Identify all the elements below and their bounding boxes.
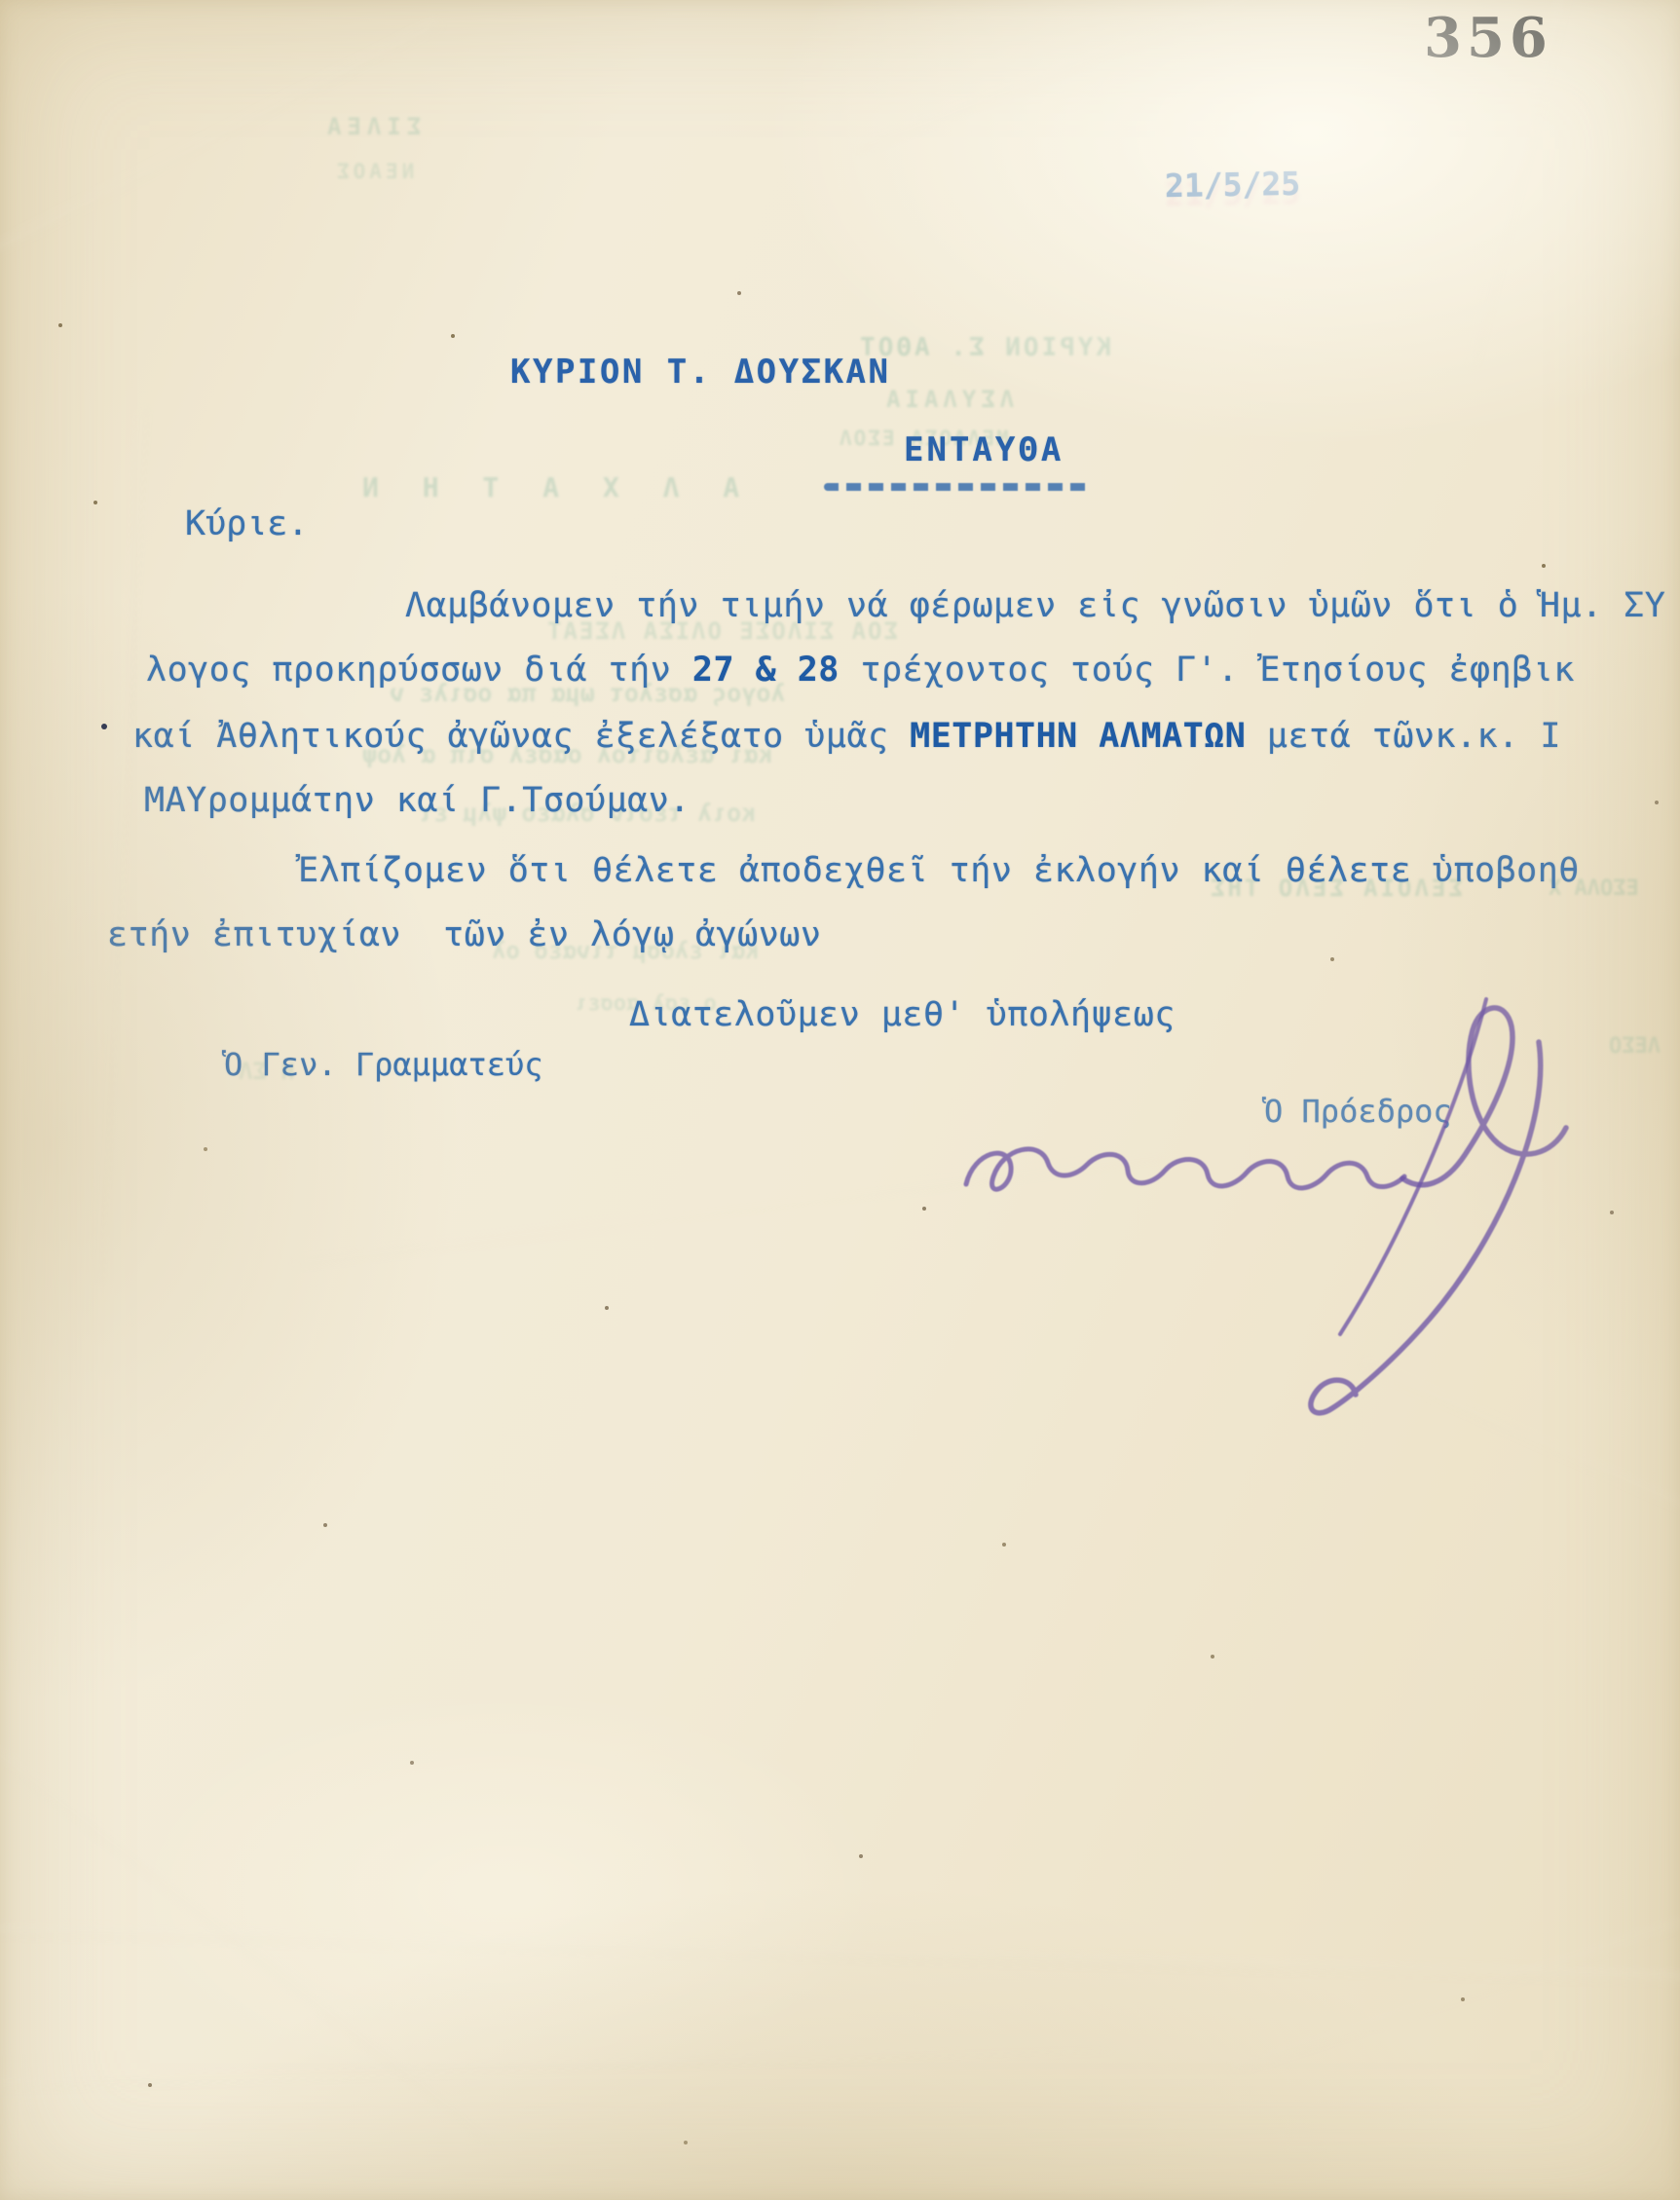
scanned-letter-page: ΣΙΛΕΑ ΝΕΑΟΣ ΚΥΡΙΟΝ Σ. ΑΘΟΤ ΛΣΥΛΑΙΑ ΜΕΛΛΟ… — [0, 0, 1680, 2200]
letter-date: 21/5/25 — [1165, 165, 1301, 205]
president-title: Ὁ Πρόεδρος — [1264, 1093, 1452, 1130]
paper-crease — [1364, 1361, 1680, 1563]
body-line-3: καί Ἀθλητικούς ἀγῶνας ἐξελέξατο ὑμᾶς ΜΕΤ… — [132, 717, 1561, 756]
location-underline — [824, 483, 1089, 491]
body-line-2: λογος προκηρύσσων διά τήν 27 & 28 τρέχον… — [146, 651, 1575, 690]
paper-specks — [0, 0, 4, 4]
body-line-3-text: καί Ἀθλητικούς ἀγῶνας ἐξελέξατο ὑμᾶς — [132, 717, 910, 756]
paper-crease — [857, 0, 1422, 151]
signature-stroke — [1311, 1008, 1566, 1413]
bleedthrough-text: ΣΙΛΕΑ — [321, 113, 421, 140]
bleedthrough-text: ΛΣΥΛΑΙΑ — [881, 386, 1014, 413]
body-line-2-text: λογος προκηρύσσων διά τήν — [146, 651, 692, 690]
competition-dates: 27 & 28 — [692, 651, 840, 690]
closing-line: Διατελοῦμεν μεθ' ὑπολήψεως — [629, 995, 1176, 1034]
president-signature — [915, 979, 1656, 1456]
addressee-line: ΚΥΡΙΟΝ Τ. ΔΟΥΣΚΑΝ — [510, 353, 891, 392]
body-line-4: ΜΑΥρομμάτην καί Γ.Τσούμαν. — [144, 781, 691, 820]
bleedthrough-text: Α Λ Χ Α Τ Η Ν — [349, 471, 739, 503]
paper-crease — [0, 2044, 1110, 2089]
body-line-5: Ἐλπίζομεν ὅτι θέλετε ἀποδεχθεῖ τήν ἐκλογ… — [298, 851, 1580, 890]
paper-crease — [93, 409, 145, 1285]
paper-crease — [1231, 1886, 1680, 2070]
body-line-1: Λαμβάνομεν τήν τιμήν νά φέρωμεν εἰς γνῶσ… — [405, 586, 1665, 625]
location-line: ΕΝΤΑΥΘΑ — [904, 430, 1064, 469]
paper-crease — [0, 22, 438, 274]
bleedthrough-text: ΝΕΑΟΣ — [333, 160, 414, 183]
secretary-title: Ὁ Γεν. Γραμματεύς — [224, 1046, 543, 1083]
salutation: Κύριε. — [185, 504, 308, 543]
body-line-6: ετήν ἐπιτυχίαν τῶν ἐν λόγῳ ἀγώνων — [107, 915, 821, 954]
paper-crease — [0, 1719, 494, 2142]
body-line-2-cont: τρέχοντος τούς Γ'. Ἐτησίους ἐφηβικ — [840, 651, 1575, 690]
bleedthrough-text: ΛΕΣΟ — [1609, 1034, 1661, 1059]
page-number: 356 — [1424, 6, 1552, 70]
appointed-role-caps: ΜΕΤΡΗΤΗΝ ΑΛΜΑΤΩΝ — [910, 717, 1246, 756]
signature-stroke — [966, 1149, 1404, 1189]
body-line-3-cont: μετά τῶνκ.κ. Ι — [1246, 717, 1561, 756]
bleedthrough-text: ΚΥΡΙΟΝ Σ. ΑΘΟΤ — [857, 333, 1111, 362]
signature-stroke — [1340, 999, 1486, 1334]
paper-crease — [295, 1154, 1166, 1265]
paper-crease — [0, 1926, 1680, 1983]
